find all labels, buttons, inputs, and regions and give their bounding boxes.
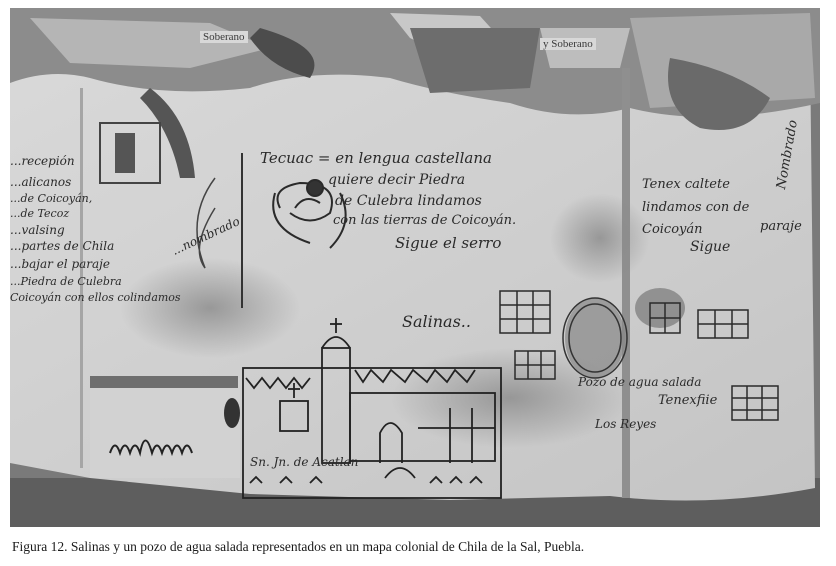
right-gloss-line-4: Sigue [690,240,730,254]
salinas-label: Salinas.. [402,314,471,330]
right-gloss-line-1: Tenex caltete [642,178,730,191]
map-illustration [10,8,820,527]
left-gloss-line-7: ...bajar el paraje [10,258,110,270]
printed-label-y-soberano: y Soberano [540,38,596,50]
gloss-line-5: Sigue el serro [395,236,501,251]
left-gloss-line-4: ...de Tecoz [10,208,69,219]
pozo-lower-line-1: Tenexfiie [658,394,717,407]
left-gloss-line-2: ...alicanos [10,176,71,188]
gloss-line-1: Tecuac = en lengua castellana [260,151,492,166]
left-gloss-line-6: ...partes de Chila [10,240,114,252]
colonial-map-photo: Soberano y Soberano Tecuac = en lengua c… [10,8,820,527]
left-gloss-line-1: ...recepión [10,155,75,167]
figure-caption: Figura 12. Salinas y un pozo de agua sal… [12,539,584,555]
printed-label-soberano: Soberano [200,31,248,43]
pozo-lower-line-2: Los Reyes [595,418,656,430]
church-label: Sn. Jn. de Acatlan [250,456,358,468]
right-gloss-line-5: paraje [760,220,802,233]
left-gloss-line-9: Coicoyán con ellos colindamos [10,292,181,303]
gloss-line-2: quiere decir Piedra [328,173,465,187]
gloss-line-3: de Culebra lindamos [335,194,482,208]
right-gloss-line-3: Coicoyán [642,223,703,236]
left-gloss-line-8: ...Piedra de Culebra [10,276,122,287]
right-gloss-line-2: lindamos con de [642,201,749,214]
left-gloss-line-3: ...de Coicoyán, [10,193,92,204]
gloss-line-4: con las tierras de Coicoyán. [333,214,516,227]
left-gloss-line-5: ...valsing [10,224,65,236]
pozo-label: Pozo de agua salada [578,376,701,388]
